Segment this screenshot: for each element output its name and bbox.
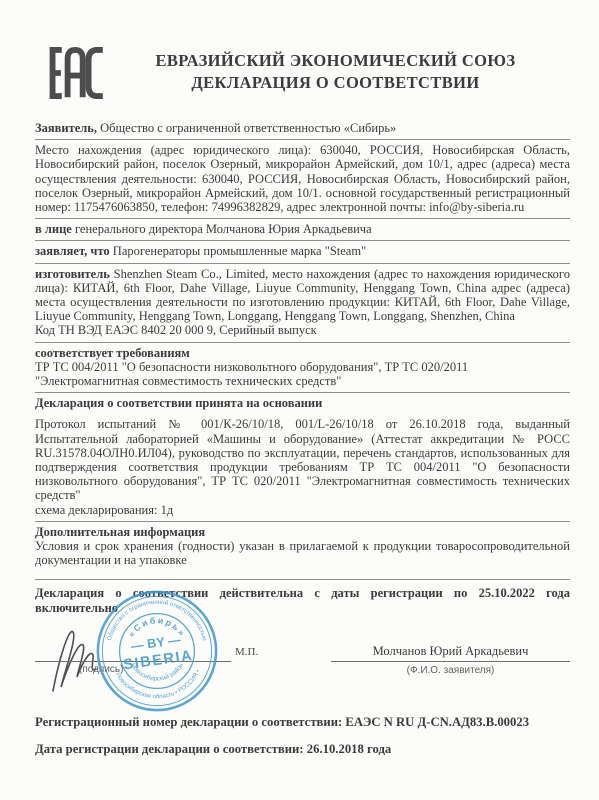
applicant-name: Молчанов Юрий Аркадьевич bbox=[331, 644, 570, 659]
manufacturer-label: изготовитель bbox=[35, 267, 110, 281]
additional-info-heading: Дополнительная информация bbox=[35, 525, 570, 539]
manufacturer-value: Shenzhen Steam Co., Limited, место нахож… bbox=[35, 267, 570, 324]
title-line-1: ЕВРАЗИЙСКИЙ ЭКОНОМИЧЕСКИЙ СОЮЗ bbox=[107, 50, 564, 72]
basis-section: Протокол испытаний № 001/К-26/10/18, 001… bbox=[35, 414, 570, 521]
tnved-code-line: Код ТН ВЭД ЕАЭС 8402 20 000 9, Серийный … bbox=[35, 323, 317, 337]
product-name: Парогенераторы промышленные марка "Steam… bbox=[113, 244, 366, 258]
declares-label: заявляет, что bbox=[35, 244, 110, 258]
additional-info-text: Условия и срок хранения (годности) указа… bbox=[35, 539, 570, 567]
representative-label: в лице bbox=[35, 222, 72, 236]
declaration-document: ЕВРАЗИЙСКИЙ ЭКОНОМИЧЕСКИЙ СОЮЗ ДЕКЛАРАЦИ… bbox=[0, 0, 599, 800]
declaration-scheme: схема декларирования: 1д bbox=[35, 503, 173, 517]
manufacturer-row: изготовитель Shenzhen Steam Co., Limited… bbox=[35, 264, 570, 343]
company-stamp: Общество с ограниченной ответственностью… bbox=[93, 587, 221, 715]
stamp-place-label: М.П. bbox=[235, 646, 258, 658]
registration-number-line: Регистрационный номер декларации о соотв… bbox=[35, 715, 570, 730]
applicant-name-line bbox=[331, 661, 570, 662]
requirements-heading: соответствует требованиям bbox=[35, 346, 570, 360]
document-titles: ЕВРАЗИЙСКИЙ ЭКОНОМИЧЕСКИЙ СОЮЗ ДЕКЛАРАЦИ… bbox=[107, 40, 570, 94]
declarant-value: Общество с ограниченной ответственностью… bbox=[100, 121, 396, 135]
eac-logo-icon bbox=[45, 44, 107, 102]
declarant-address: Место нахождения (адрес юридического лиц… bbox=[35, 140, 570, 219]
representative-value: генерального директора Молчанова Юрия Ар… bbox=[75, 222, 372, 236]
signature-area: (подпись) М.П. Молчанов Юрий Аркадьевич … bbox=[35, 623, 570, 711]
title-line-2: ДЕКЛАРАЦИЯ О СООТВЕТСТВИИ bbox=[107, 72, 564, 94]
declarant-label: Заявитель, bbox=[35, 121, 97, 135]
basis-heading: Декларация о соответствии принята на осн… bbox=[35, 396, 322, 410]
applicant-name-caption: (Ф.И.О. заявителя) bbox=[331, 665, 570, 676]
requirements-section: соответствует требованиям ТР ТС 004/2011… bbox=[35, 343, 570, 394]
registration-date-line: Дата регистрации декларации о соответств… bbox=[35, 742, 570, 757]
requirements-text: ТР ТС 004/2011 "О безопасности низковоль… bbox=[35, 360, 570, 388]
basis-heading-row: Декларация о соответствии принята на осн… bbox=[35, 393, 570, 414]
declarant-row: Заявитель, Общество с ограниченной ответ… bbox=[35, 118, 570, 140]
basis-text: Протокол испытаний № 001/К-26/10/18, 001… bbox=[35, 417, 570, 502]
additional-info-section: Дополнительная информация Условия и срок… bbox=[35, 522, 570, 572]
document-header: ЕВРАЗИЙСКИЙ ЭКОНОМИЧЕСКИЙ СОЮЗ ДЕКЛАРАЦИ… bbox=[35, 40, 570, 102]
representative-row: в лице генерального директора Молчанова … bbox=[35, 219, 570, 241]
declares-row: заявляет, что Парогенераторы промышленны… bbox=[35, 241, 570, 263]
